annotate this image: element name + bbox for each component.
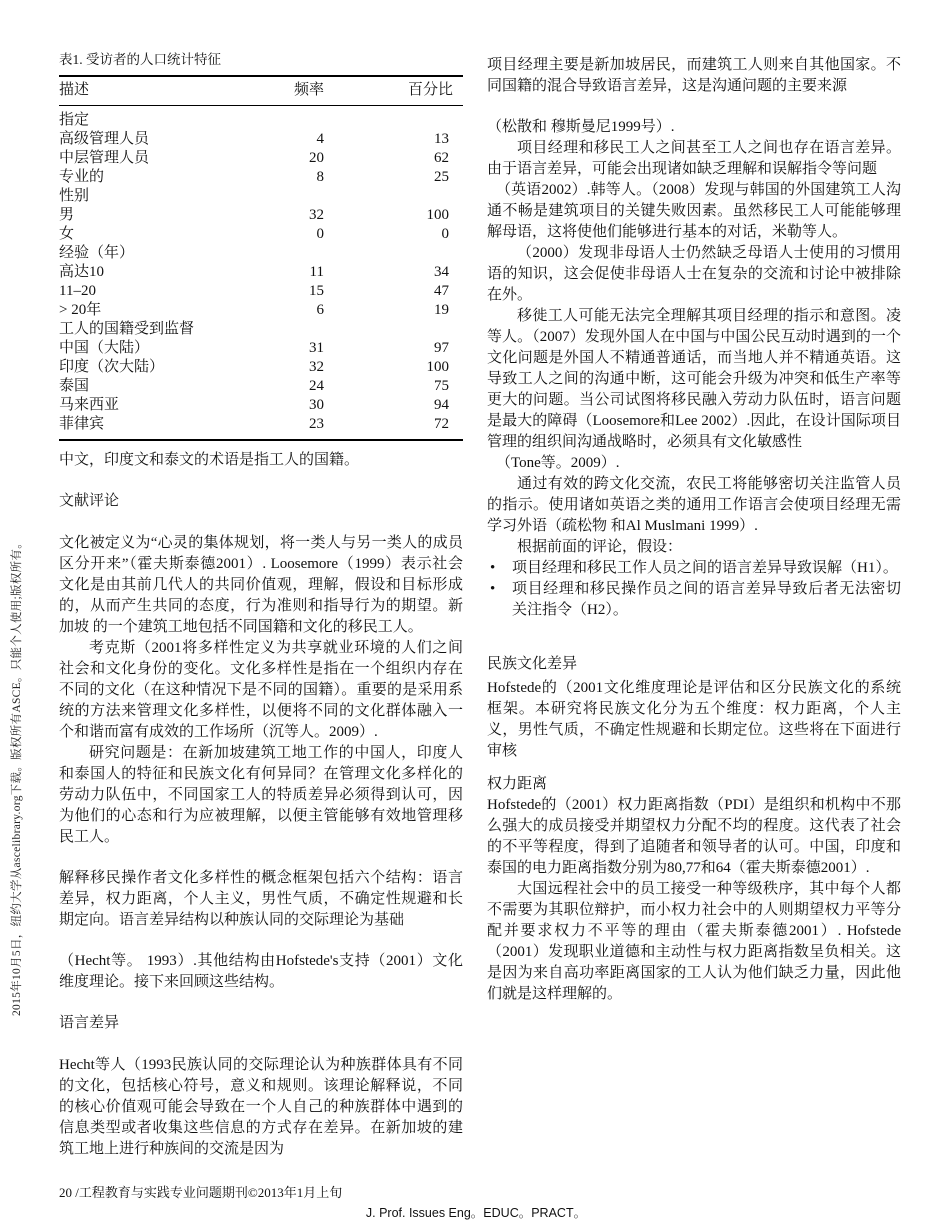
journal-title-footer: J. Prof. Issues Eng。EDUC。PRACT。 bbox=[0, 1203, 952, 1221]
row-pct-cell: 19 bbox=[324, 301, 463, 320]
row-pct-cell: 47 bbox=[324, 282, 463, 301]
bullet-text: 项目经理和移民工作人员之间的语言差异导致误解（H1）。 bbox=[512, 558, 901, 579]
row-freq-cell: 8 bbox=[244, 168, 324, 187]
paragraph: Hecht等人（1993民族认同的交际理论认为种族群体具有不同的文化，包括核心符… bbox=[59, 1055, 463, 1160]
row-freq-cell: 24 bbox=[244, 377, 324, 396]
row-label-cell: 工人的国籍受到监督 bbox=[59, 320, 244, 339]
column-header-percentage: 百分比 bbox=[324, 76, 463, 106]
bullet-text: 项目经理和移民操作员之间的语言差异导致后者无法密切关注指令（H2）。 bbox=[512, 579, 901, 621]
row-label-cell: 印度（次大陆） bbox=[59, 358, 244, 377]
table-header: 描述 频率 百分比 bbox=[59, 76, 463, 106]
row-freq-cell: 30 bbox=[244, 396, 324, 415]
row-freq-cell bbox=[244, 244, 324, 263]
row-label-cell: 马来西亚 bbox=[59, 396, 244, 415]
journal-page-footer: 20 /工程教育与实践专业问题期刊©2013年1月上旬 bbox=[59, 1184, 463, 1202]
left-column: 表1. 受访者的人口统计特征 描述 频率 百分比 指定 高级管理人员413 中层… bbox=[59, 48, 463, 1215]
hypothesis-bullet-h1: • 项目经理和移民工作人员之间的语言差异导致误解（H1）。 bbox=[487, 558, 901, 579]
table-row: 工人的国籍受到监督 bbox=[59, 320, 463, 339]
row-freq-cell: 31 bbox=[244, 339, 324, 358]
row-pct-cell: 25 bbox=[324, 168, 463, 187]
table-row: 泰国2475 bbox=[59, 377, 463, 396]
row-label-cell: 性别 bbox=[59, 187, 244, 206]
row-pct-cell bbox=[324, 187, 463, 206]
column-header-frequency: 频率 bbox=[244, 76, 324, 106]
row-pct-cell: 0 bbox=[324, 225, 463, 244]
table-footnote: 中文，印度文和泰文的术语是指工人的国籍。 bbox=[59, 450, 463, 471]
paragraph: （Hecht等。 1993）.其他结构由Hofstede's支持（2001）文化… bbox=[59, 951, 463, 993]
paragraph: 项目经理主要是新加坡居民，而建筑工人则来自其他国家。不同国籍的混合导致语言差异，… bbox=[487, 55, 901, 97]
table-row: 指定 bbox=[59, 106, 463, 131]
demographics-table: 描述 频率 百分比 指定 高级管理人员413 中层管理人员2062 专业的825… bbox=[59, 75, 463, 441]
table-row: 男32100 bbox=[59, 206, 463, 225]
paragraph: 大国远程社会中的员工接受一种等级秩序，其中每个人都不需要为其职位辩护，而小权力社… bbox=[487, 879, 901, 1005]
hypothesis-bullet-h2: • 项目经理和移民操作员之间的语言差异导致后者无法密切关注指令（H2）。 bbox=[487, 579, 901, 621]
table-row: 经验（年） bbox=[59, 244, 463, 263]
row-freq-cell: 32 bbox=[244, 358, 324, 377]
paragraph: 移徙工人可能无法完全理解其项目经理的指示和意图。凌等人。（2007）发现外国人在… bbox=[487, 306, 901, 453]
paragraph: 考克斯（2001将多样性定义为共享就业环境的人们之间社会和文化身份的变化。文化多… bbox=[59, 638, 463, 743]
paragraph: （Tone等。2009）. bbox=[487, 453, 901, 474]
table-row: 高达101134 bbox=[59, 263, 463, 282]
row-pct-cell: 97 bbox=[324, 339, 463, 358]
paragraph: 根据前面的评论，假设： bbox=[487, 537, 901, 558]
table-row: 中国（大陆）3197 bbox=[59, 339, 463, 358]
row-pct-cell: 75 bbox=[324, 377, 463, 396]
row-label-cell: 高级管理人员 bbox=[59, 130, 244, 149]
paragraph: 解释移民操作者文化多样性的概念框架包括六个结构：语言差异，权力距离，个人主义，男… bbox=[59, 868, 463, 931]
sidebar-copyright-note: 2015年10月5日，纽约大学从ascelibrary.org下载。版权所有AS… bbox=[8, 537, 24, 1016]
paragraph: （英语2002）.韩等人。（2008）发现与韩国的外国建筑工人沟通不畅是建筑项目… bbox=[487, 180, 901, 243]
row-pct-cell: 100 bbox=[324, 206, 463, 225]
section-heading-literature-review: 文献评论 bbox=[59, 491, 463, 512]
table-row: 专业的825 bbox=[59, 168, 463, 187]
row-freq-cell bbox=[244, 106, 324, 131]
table-row: 菲律宾2372 bbox=[59, 415, 463, 440]
section-heading-national-culture: 民族文化差异 bbox=[487, 654, 901, 675]
row-freq-cell bbox=[244, 187, 324, 206]
column-header-description: 描述 bbox=[59, 76, 244, 106]
row-label-cell: 指定 bbox=[59, 106, 244, 131]
paragraph: （2000）发现非母语人士仍然缺乏母语人士使用的习惯用语的知识，这会促使非母语人… bbox=[487, 243, 901, 306]
row-pct-cell bbox=[324, 106, 463, 131]
row-freq-cell: 32 bbox=[244, 206, 324, 225]
section-heading-power-distance: 权力距离 bbox=[487, 774, 901, 795]
paragraph: Hofstede的（2001）权力距离指数（PDI）是组织和机构中不那么强大的成… bbox=[487, 795, 901, 879]
row-pct-cell bbox=[324, 244, 463, 263]
row-pct-cell: 62 bbox=[324, 149, 463, 168]
right-column: 项目经理主要是新加坡居民，而建筑工人则来自其他国家。不同国籍的混合导致语言差异，… bbox=[487, 55, 901, 1005]
row-freq-cell: 6 bbox=[244, 301, 324, 320]
row-label-cell: 经验（年） bbox=[59, 244, 244, 263]
row-freq-cell: 11 bbox=[244, 263, 324, 282]
row-label-cell: 专业的 bbox=[59, 168, 244, 187]
row-pct-cell: 100 bbox=[324, 358, 463, 377]
row-freq-cell bbox=[244, 320, 324, 339]
row-pct-cell: 34 bbox=[324, 263, 463, 282]
section-heading-language-differences: 语言差异 bbox=[59, 1013, 463, 1034]
row-label-cell: 男 bbox=[59, 206, 244, 225]
bullet-icon: • bbox=[487, 558, 512, 579]
row-freq-cell: 15 bbox=[244, 282, 324, 301]
row-label-cell: 高达10 bbox=[59, 263, 244, 282]
row-pct-cell: 13 bbox=[324, 130, 463, 149]
table-row: 中层管理人员2062 bbox=[59, 149, 463, 168]
row-pct-cell bbox=[324, 320, 463, 339]
row-pct-cell: 94 bbox=[324, 396, 463, 415]
table-row: 马来西亚3094 bbox=[59, 396, 463, 415]
row-freq-cell: 20 bbox=[244, 149, 324, 168]
table-row: 高级管理人员413 bbox=[59, 130, 463, 149]
paragraph: Hofstede的（2001文化维度理论是评估和区分民族文化的系统框架。本研究将… bbox=[487, 678, 901, 762]
row-label-cell: 泰国 bbox=[59, 377, 244, 396]
paragraph: 通过有效的跨文化交流，农民工将能够密切关注监管人员的指示。使用诸如英语之类的通用… bbox=[487, 474, 901, 537]
row-freq-cell: 0 bbox=[244, 225, 324, 244]
row-label-cell: 女 bbox=[59, 225, 244, 244]
table-row: 女00 bbox=[59, 225, 463, 244]
table-row: > 20年619 bbox=[59, 301, 463, 320]
paragraph: 文化被定义为“心灵的集体规划，将一类人与另一类人的成员区分开来”（霍夫斯泰德20… bbox=[59, 533, 463, 638]
row-label-cell: 中国（大陆） bbox=[59, 339, 244, 358]
table-row: 性别 bbox=[59, 187, 463, 206]
row-freq-cell: 4 bbox=[244, 130, 324, 149]
bullet-icon: • bbox=[487, 579, 512, 621]
paragraph: 项目经理和移民工人之间甚至工人之间也存在语言差异。由于语言差异，可能会出现诸如缺… bbox=[487, 138, 901, 180]
paragraph: （松散和 穆斯曼尼1999号）. bbox=[487, 117, 901, 138]
table-row: 11–201547 bbox=[59, 282, 463, 301]
row-freq-cell: 23 bbox=[244, 415, 324, 440]
table-row: 印度（次大陆）32100 bbox=[59, 358, 463, 377]
row-label-cell: > 20年 bbox=[59, 301, 244, 320]
row-label-cell: 菲律宾 bbox=[59, 415, 244, 440]
paragraph: 研究问题是：在新加坡建筑工地工作的中国人，印度人和泰国人的特征和民族文化有何异同… bbox=[59, 743, 463, 848]
row-label-cell: 中层管理人员 bbox=[59, 149, 244, 168]
table-caption: 表1. 受访者的人口统计特征 bbox=[59, 48, 463, 68]
table-header-row: 描述 频率 百分比 bbox=[59, 76, 463, 106]
row-label-cell: 11–20 bbox=[59, 282, 244, 301]
row-pct-cell: 72 bbox=[324, 415, 463, 440]
